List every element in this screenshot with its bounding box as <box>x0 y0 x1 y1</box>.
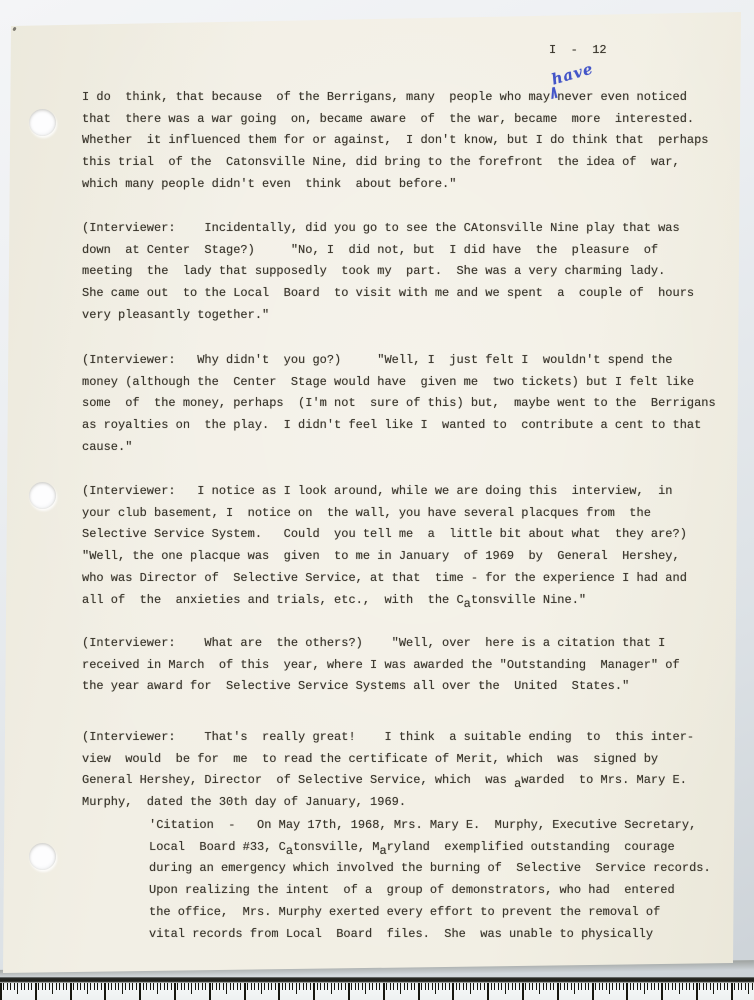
ruler-tick <box>219 983 220 990</box>
low-struck-character: a <box>286 844 293 858</box>
ruler-tick <box>525 983 526 990</box>
ruler-tick <box>372 983 373 990</box>
paragraph: (Interviewer: What are the others?) "Wel… <box>82 633 680 698</box>
ruler-tick <box>184 983 185 990</box>
ruler-tick <box>160 983 161 990</box>
ruler-tick <box>727 983 728 990</box>
ruler-tick <box>616 983 617 990</box>
ruler-tick <box>14 983 15 990</box>
ruler-tick <box>264 983 265 990</box>
typed-line: some of the money, perhaps (I'm not sure… <box>82 393 716 415</box>
ruler-tick <box>365 983 366 994</box>
ruler-tick <box>334 983 335 990</box>
ruler-tick <box>254 983 255 990</box>
ruler-tick <box>752 983 753 990</box>
ruler-tick <box>282 983 283 990</box>
ruler-tick <box>595 983 596 990</box>
ruler-tick <box>87 983 88 994</box>
ruler-tick <box>473 983 474 990</box>
ruler-tick <box>459 983 460 990</box>
ruler-tick <box>108 983 109 990</box>
ruler-tick <box>693 983 694 990</box>
typed-line: Murphy, dated the 30th day of January, 1… <box>82 792 694 814</box>
ruler-tick <box>289 983 290 990</box>
ruler-tick <box>223 983 224 990</box>
ruler-tick <box>205 983 206 990</box>
ruler-tick <box>28 983 29 990</box>
typed-line: as royalties on the play. I didn't feel … <box>82 415 716 437</box>
ruler-tick <box>699 983 700 990</box>
ruler-tick <box>689 983 690 990</box>
ruler-tick <box>345 983 346 990</box>
paragraph: (Interviewer: Incidentally, did you go t… <box>82 218 694 327</box>
typed-line: cause." <box>82 437 716 459</box>
ruler-tick <box>477 983 478 990</box>
ruler-tick <box>390 983 391 990</box>
ruler-tick <box>118 983 119 990</box>
ruler-tick <box>285 983 286 990</box>
ruler-tick <box>588 983 589 990</box>
ruler-tick <box>355 983 356 990</box>
ruler-tick <box>619 983 620 990</box>
typed-line: who was Director of Selective Service, a… <box>82 568 687 590</box>
ruler-tick <box>104 983 106 1000</box>
ruler-tick <box>275 983 276 990</box>
ruler-tick <box>351 983 352 990</box>
ruler-tick <box>498 983 499 990</box>
ruler-tick <box>136 983 137 990</box>
typed-line: (Interviewer: That's really great! I thi… <box>82 727 694 749</box>
ruler-tick <box>630 983 631 990</box>
ruler-tick <box>226 983 227 994</box>
ruler-tick <box>654 983 655 990</box>
ruler-tick <box>581 983 582 990</box>
dust-speck <box>12 27 17 32</box>
ruler-tick <box>717 983 718 990</box>
ruler-tick <box>487 983 489 1000</box>
ruler-tick <box>10 983 11 990</box>
ruler-tick <box>501 983 502 990</box>
ruler-tick <box>21 983 22 990</box>
typed-line: the office, Mrs. Murphy exerted every ef… <box>149 902 711 924</box>
typed-line: received in March of this year, where I … <box>82 655 680 677</box>
page-number: I - 12 <box>549 40 607 62</box>
ruler-tick <box>299 983 300 990</box>
ruler-tick <box>129 983 130 990</box>
ruler-tick <box>428 983 429 990</box>
ruler-tick <box>713 983 714 994</box>
ruler-tick <box>341 983 342 990</box>
ruler-tick <box>522 983 524 1000</box>
paper-sheet: I - 12 have ∧ I do think, that because o… <box>0 0 754 1000</box>
ruler-tick <box>466 983 467 990</box>
ruler-tick <box>567 983 568 990</box>
ruler-tick <box>512 983 513 990</box>
ruler-tick <box>174 983 176 1000</box>
ruler-tick <box>251 983 252 990</box>
typed-line: the year award for Selective Service Sys… <box>82 676 680 698</box>
ruler-tick <box>164 983 165 990</box>
ruler-tick <box>195 983 196 990</box>
ruler-tick <box>35 983 37 1000</box>
ruler-tick <box>143 983 144 990</box>
ruler-tick <box>564 983 565 990</box>
low-struck-character: a <box>514 777 521 791</box>
punch-hole-middle <box>29 482 56 509</box>
ruler-tick <box>442 983 443 990</box>
ruler-tick <box>734 983 735 990</box>
typed-line: (Interviewer: What are the others?) "Wel… <box>82 633 680 655</box>
typed-line: view would be for me to read the certifi… <box>82 749 694 771</box>
ruler-tick <box>306 983 307 990</box>
ruler-tick <box>240 983 241 990</box>
typed-line: General Hershey, Director of Selective S… <box>82 770 694 792</box>
ruler-tick <box>324 983 325 990</box>
ruler-tick <box>637 983 638 990</box>
ruler-tick <box>491 983 492 990</box>
ruler-tick <box>271 983 272 990</box>
ruler-ticks <box>0 977 754 1000</box>
ruler-tick <box>574 983 575 994</box>
ruler-tick <box>421 983 422 990</box>
ruler-tick <box>720 983 721 990</box>
ruler-tick <box>432 983 433 990</box>
measurement-ruler <box>0 977 754 1000</box>
typed-line: money (although the Center Stage would h… <box>82 372 716 394</box>
ruler-tick <box>679 983 680 994</box>
ruler-tick <box>49 983 50 990</box>
ruler-tick <box>623 983 624 990</box>
typed-line: vital records from Local Board files. Sh… <box>149 924 711 946</box>
ruler-tick <box>571 983 572 990</box>
ruler-tick <box>122 983 123 994</box>
ruler-tick <box>90 983 91 990</box>
ruler-tick <box>651 983 652 990</box>
ruler-tick <box>52 983 53 994</box>
ruler-tick <box>132 983 133 990</box>
ruler-tick <box>3 983 4 990</box>
ruler-tick <box>63 983 64 990</box>
ruler-tick <box>414 983 415 990</box>
ruler-tick <box>139 983 141 1000</box>
ruler-tick <box>383 983 385 1000</box>
ruler-tick <box>7 983 8 990</box>
punch-hole-bottom <box>29 843 56 870</box>
ruler-tick <box>484 983 485 990</box>
ruler-tick <box>686 983 687 990</box>
ruler-tick <box>73 983 74 990</box>
typed-line: Selective Service System. Could you tell… <box>82 524 687 546</box>
ruler-tick <box>745 983 746 990</box>
ruler-tick <box>675 983 676 990</box>
ruler-tick <box>543 983 544 990</box>
ruler-tick <box>438 983 439 990</box>
typed-line: She came out to the Local Board to visit… <box>82 283 694 305</box>
typed-line: all of the anxieties and trials, etc., w… <box>82 590 687 612</box>
ruler-tick <box>247 983 248 990</box>
ruler-tick <box>209 983 211 1000</box>
ruler-tick <box>278 983 280 1000</box>
typed-line: (Interviewer: I notice as I look around,… <box>82 481 687 503</box>
ruler-tick <box>393 983 394 990</box>
ruler-tick <box>146 983 147 990</box>
typed-line: your club basement, I notice on the wall… <box>82 503 687 525</box>
ruler-tick <box>519 983 520 990</box>
ruler-tick <box>452 983 454 1000</box>
ruler-tick <box>602 983 603 990</box>
ruler-tick <box>599 983 600 990</box>
ruler-tick <box>327 983 328 990</box>
ruler-tick <box>508 983 509 990</box>
ruler-tick <box>435 983 436 994</box>
typed-line: (Interviewer: Incidentally, did you go t… <box>82 218 694 240</box>
ruler-tick <box>153 983 154 990</box>
ruler-tick <box>425 983 426 990</box>
low-struck-character: a <box>464 597 471 611</box>
ruler-tick <box>111 983 112 990</box>
ruler-tick <box>411 983 412 990</box>
ruler-tick <box>400 983 401 994</box>
ruler-tick <box>115 983 116 990</box>
ruler-tick <box>317 983 318 990</box>
ruler-tick <box>31 983 32 990</box>
ruler-tick <box>171 983 172 990</box>
ruler-tick <box>404 983 405 990</box>
ruler-tick <box>369 983 370 990</box>
typed-line: (Interviewer: Why didn't you go?) "Well,… <box>82 350 716 372</box>
typed-line: during an emergency which involved the b… <box>149 858 711 880</box>
typed-line: meeting the lady that supposedly took my… <box>82 261 694 283</box>
ruler-tick <box>376 983 377 990</box>
ruler-tick <box>470 983 471 994</box>
ruler-tick <box>379 983 380 990</box>
ruler-tick <box>612 983 613 990</box>
ruler-tick <box>268 983 269 990</box>
paragraph: I do think, that because of the Berrigan… <box>82 87 709 196</box>
ruler-tick <box>237 983 238 990</box>
ruler-tick <box>449 983 450 990</box>
ruler-tick <box>94 983 95 990</box>
typed-line: I do think, that because of the Berrigan… <box>82 87 709 109</box>
paragraph: (Interviewer: That's really great! I thi… <box>82 727 694 814</box>
ruler-tick <box>202 983 203 990</box>
ruler-tick <box>560 983 561 990</box>
ruler-tick <box>150 983 151 990</box>
paragraph: (Interviewer: I notice as I look around,… <box>82 481 687 611</box>
ruler-tick <box>445 983 446 990</box>
ruler-tick <box>609 983 610 994</box>
ruler-tick <box>640 983 641 990</box>
ruler-tick <box>212 983 213 990</box>
ruler-tick <box>362 983 363 990</box>
ruler-tick <box>24 983 25 990</box>
ruler-tick <box>303 983 304 990</box>
ruler-tick <box>665 983 666 990</box>
ruler-tick <box>310 983 311 990</box>
ruler-tick <box>198 983 199 990</box>
ruler-tick <box>167 983 168 990</box>
paragraph: (Interviewer: Why didn't you go?) "Well,… <box>82 350 716 459</box>
ruler-tick <box>84 983 85 990</box>
ruler-tick <box>358 983 359 990</box>
ruler-tick <box>56 983 57 990</box>
ruler-tick <box>348 983 350 1000</box>
ruler-tick <box>480 983 481 990</box>
ruler-tick <box>97 983 98 990</box>
ruler-tick <box>553 983 554 990</box>
ruler-tick <box>724 983 725 990</box>
typed-line: very pleasantly together." <box>82 305 694 327</box>
ruler-tick <box>578 983 579 990</box>
ruler-tick <box>296 983 297 994</box>
ruler-tick <box>592 983 594 1000</box>
ruler-tick <box>17 983 18 994</box>
ruler-tick <box>177 983 178 990</box>
ruler-tick <box>626 983 628 1000</box>
ruler-tick <box>536 983 537 990</box>
ruler-tick <box>191 983 192 994</box>
ruler-tick <box>539 983 540 994</box>
ruler-tick <box>313 983 315 1000</box>
ruler-tick <box>585 983 586 990</box>
typed-line: Whether it influenced them for or agains… <box>82 130 709 152</box>
low-struck-character: a <box>379 844 386 858</box>
ruler-tick <box>386 983 387 990</box>
ruler-tick <box>230 983 231 990</box>
ruler-tick <box>494 983 495 990</box>
ruler-tick <box>77 983 78 990</box>
ruler-tick <box>258 983 259 990</box>
ruler-tick <box>397 983 398 990</box>
ruler-tick <box>216 983 217 990</box>
ruler-tick <box>0 983 2 1000</box>
ruler-tick <box>59 983 60 990</box>
typed-line: Local Board #33, Catonsville, Maryland e… <box>149 837 711 859</box>
ruler-tick <box>706 983 707 990</box>
ruler-tick <box>45 983 46 990</box>
ruler-tick <box>532 983 533 990</box>
typed-line: "Well, the one placque was given to me i… <box>82 546 687 568</box>
ruler-tick <box>233 983 234 990</box>
ruler-tick <box>741 983 742 990</box>
ruler-tick <box>125 983 126 990</box>
ruler-tick <box>70 983 72 1000</box>
ruler-tick <box>696 983 698 1000</box>
ruler-tick <box>550 983 551 990</box>
typed-line: this trial of the Catonsville Nine, did … <box>82 152 709 174</box>
ruler-tick <box>505 983 506 994</box>
typed-line: Upon realizing the intent of a group of … <box>149 880 711 902</box>
ruler-tick <box>557 983 559 1000</box>
ruler-tick <box>658 983 659 990</box>
ruler-tick <box>157 983 158 994</box>
scanned-page: I - 12 have ∧ I do think, that because o… <box>0 0 754 1000</box>
ruler-tick <box>188 983 189 990</box>
ruler-tick <box>710 983 711 990</box>
typed-line: that there was a war going on, became aw… <box>82 109 709 131</box>
punch-hole-top <box>29 109 56 136</box>
ruler-tick <box>42 983 43 990</box>
ruler-tick <box>38 983 39 990</box>
ruler-tick <box>668 983 669 990</box>
ruler-tick <box>644 983 645 994</box>
ruler-tick <box>738 983 739 990</box>
ruler-tick <box>672 983 673 990</box>
ruler-tick <box>80 983 81 990</box>
ruler-tick <box>418 983 420 1000</box>
ruler-tick <box>748 983 749 994</box>
ruler-tick <box>515 983 516 990</box>
ruler-tick <box>682 983 683 990</box>
ruler-tick <box>331 983 332 994</box>
ruler-tick <box>244 983 246 1000</box>
ruler-tick <box>661 983 663 1000</box>
ruler-tick <box>633 983 634 990</box>
typed-line: which many people didn't even think abou… <box>82 174 709 196</box>
typed-line: 'Citation - On May 17th, 1968, Mrs. Mary… <box>149 815 711 837</box>
ruler-tick <box>101 983 102 990</box>
ruler-tick <box>456 983 457 990</box>
ruler-tick <box>463 983 464 990</box>
ruler-tick <box>606 983 607 990</box>
ruler-tick <box>731 983 733 1000</box>
ruler-tick <box>338 983 339 990</box>
ruler-tick <box>647 983 648 990</box>
ruler-tick <box>407 983 408 990</box>
paragraph: 'Citation - On May 17th, 1968, Mrs. Mary… <box>149 815 711 945</box>
ruler-tick <box>529 983 530 990</box>
ruler-tick <box>292 983 293 990</box>
ruler-tick <box>181 983 182 990</box>
ruler-tick <box>320 983 321 990</box>
ruler-tick <box>703 983 704 990</box>
ruler-tick <box>66 983 67 990</box>
typed-line: down at Center Stage?) "No, I did not, b… <box>82 240 694 262</box>
ruler-tick <box>546 983 547 990</box>
ruler-tick <box>261 983 262 994</box>
